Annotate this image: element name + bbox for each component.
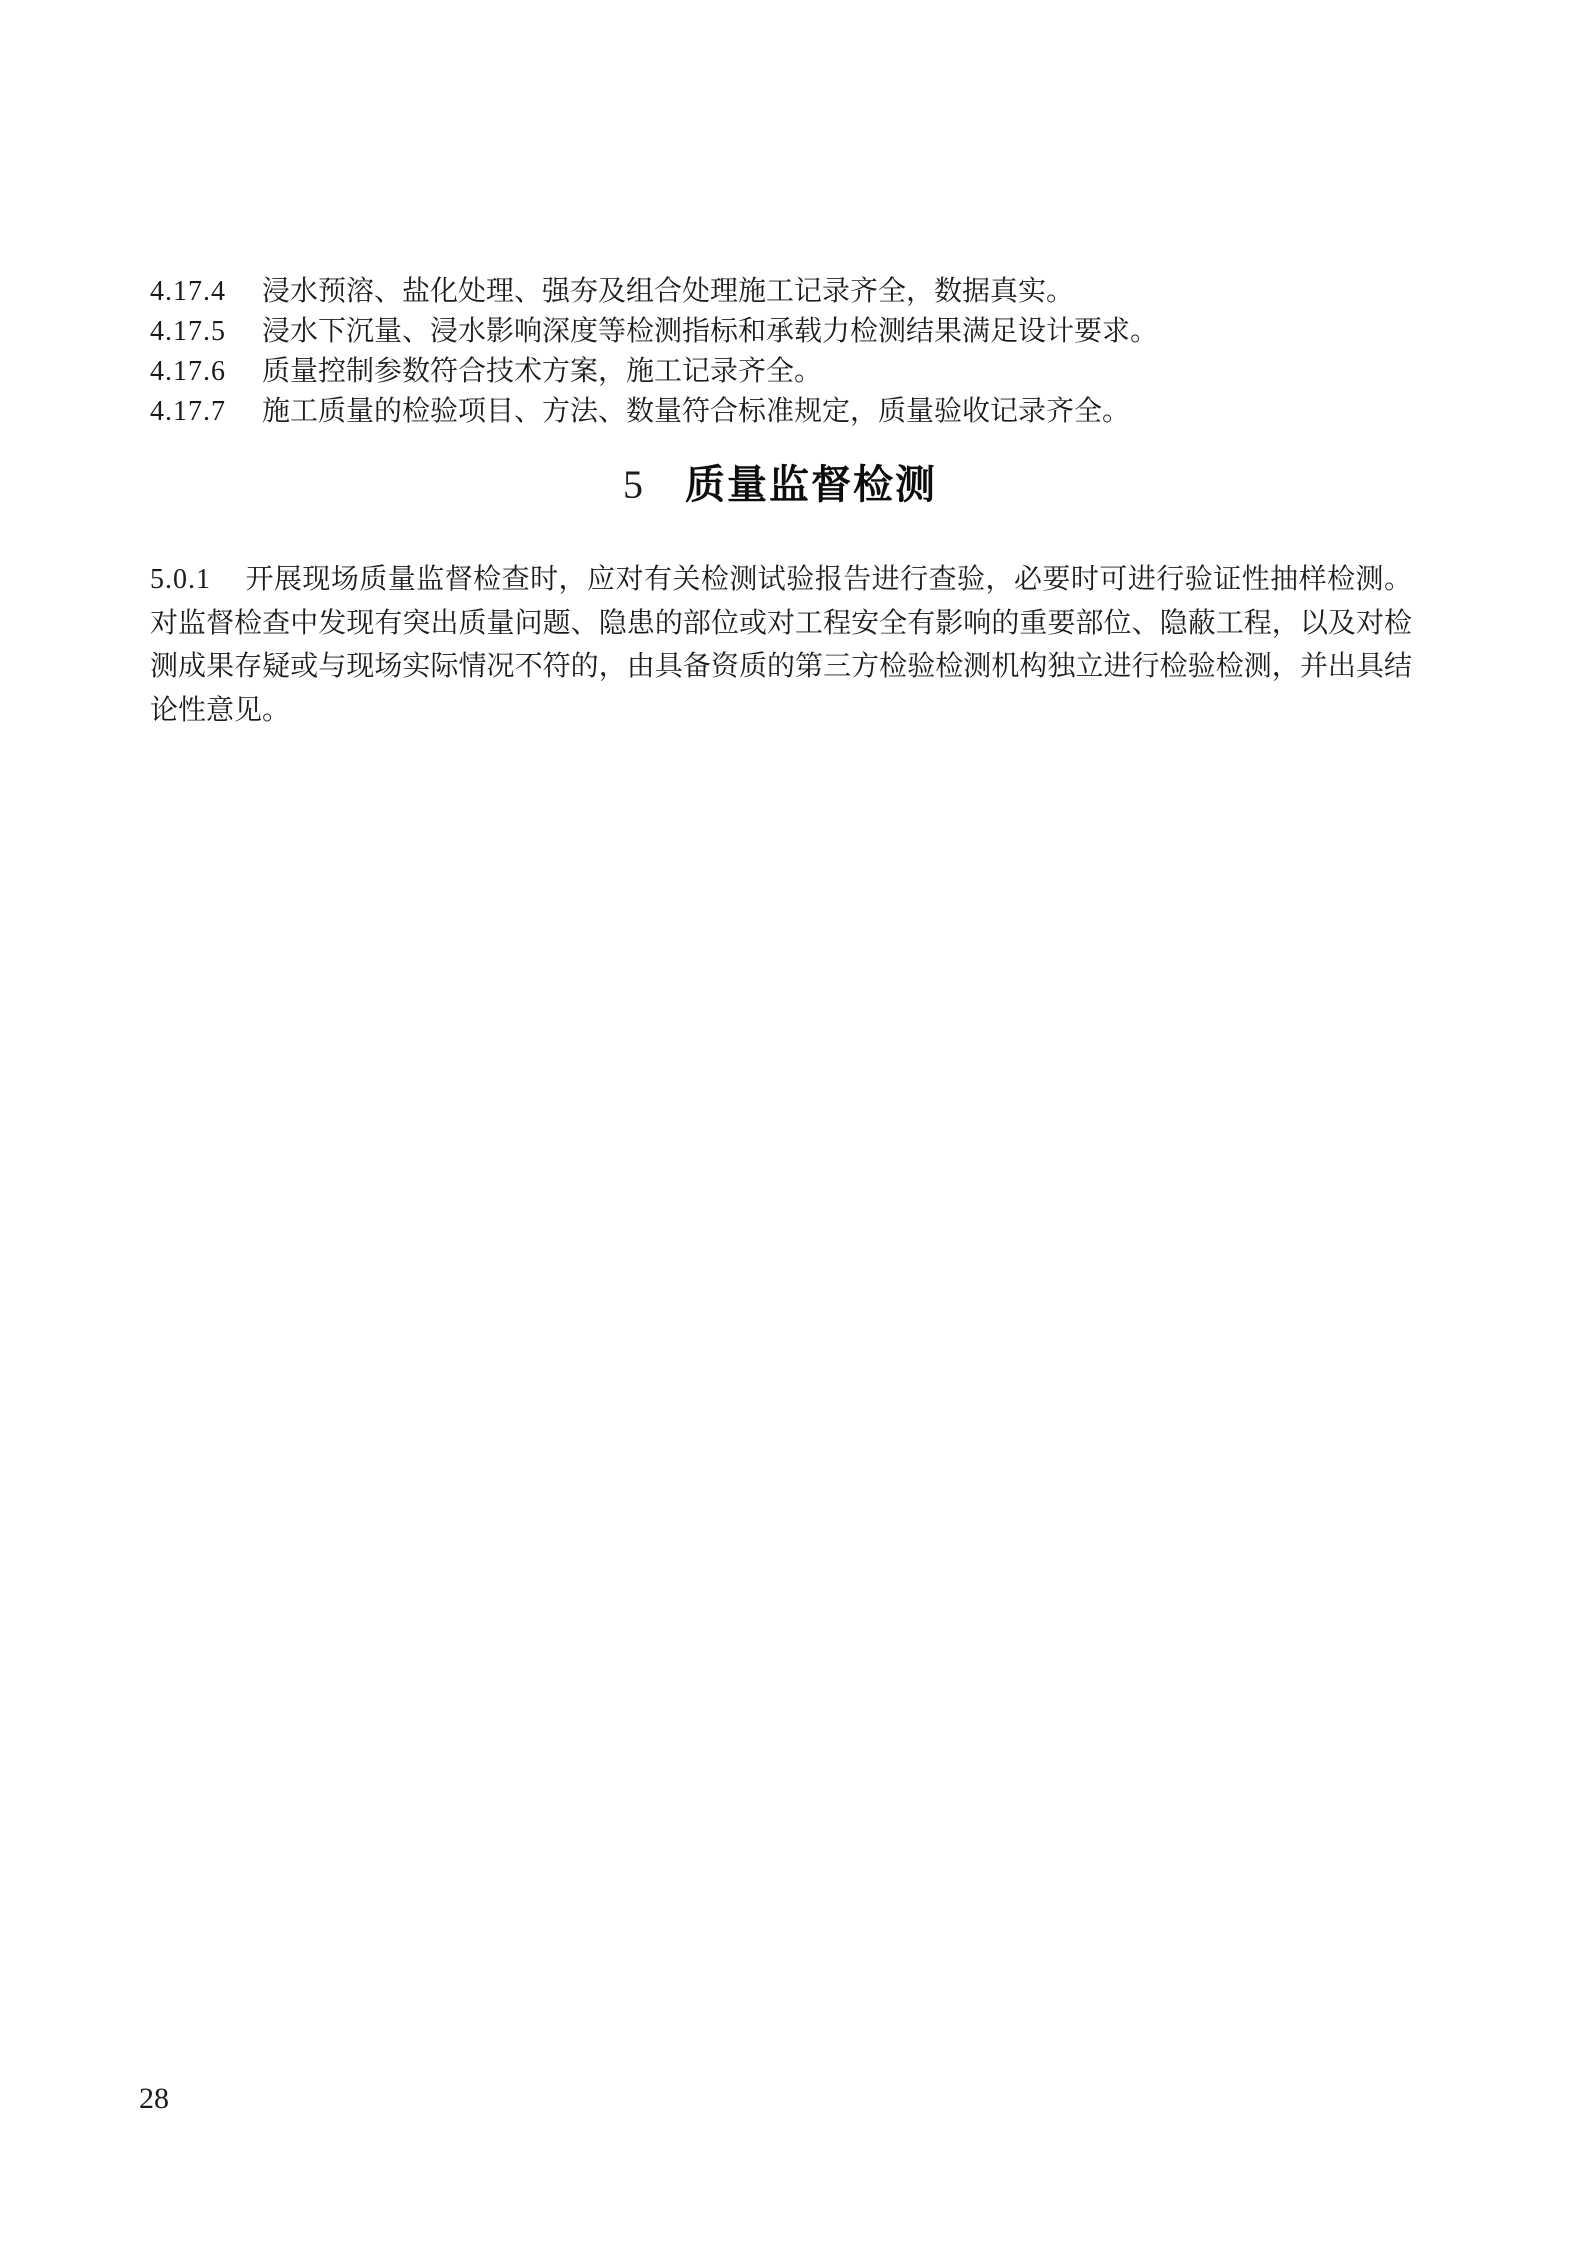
clause-list: 4.17.4浸水预溶、盐化处理、强夯及组合处理施工记录齐全，数据真实。 4.17… bbox=[150, 272, 1490, 432]
clause-item: 4.17.6质量控制参数符合技术方案，施工记录齐全。 bbox=[150, 352, 1490, 392]
page-number: 28 bbox=[139, 2082, 169, 2116]
clause-item: 4.17.4浸水预溶、盐化处理、强夯及组合处理施工记录齐全，数据真实。 bbox=[150, 272, 1490, 312]
clause-number: 4.17.6 bbox=[150, 352, 226, 392]
chapter-heading: 5质量监督检测 bbox=[0, 461, 1560, 509]
clause-number: 5.0.1 bbox=[150, 564, 211, 595]
chapter-number: 5 bbox=[623, 462, 643, 507]
document-page: 4.17.4浸水预溶、盐化处理、强夯及组合处理施工记录齐全，数据真实。 4.17… bbox=[0, 0, 1587, 2245]
clause-item: 4.17.7施工质量的检验项目、方法、数量符合标准规定，质量验收记录齐全。 bbox=[150, 392, 1490, 432]
clause-paragraph: 5.0.1开展现场质量监督检查时，应对有关检测试验报告进行查验，必要时可进行验证… bbox=[150, 558, 1412, 732]
clause-text: 浸水下沉量、浸水影响深度等检测指标和承载力检测结果满足设计要求。 bbox=[262, 316, 1158, 347]
clause-number: 4.17.4 bbox=[150, 272, 226, 312]
chapter-title: 质量监督检测 bbox=[685, 463, 937, 507]
clause-text: 施工质量的检验项目、方法、数量符合标准规定，质量验收记录齐全。 bbox=[262, 396, 1130, 427]
clause-item: 4.17.5浸水下沉量、浸水影响深度等检测指标和承载力检测结果满足设计要求。 bbox=[150, 312, 1490, 352]
clause-text: 浸水预溶、盐化处理、强夯及组合处理施工记录齐全，数据真实。 bbox=[262, 276, 1074, 307]
clause-number: 4.17.7 bbox=[150, 392, 226, 432]
clause-text: 开展现场质量监督检查时，应对有关检测试验报告进行查验，必要时可进行验证性抽样检测… bbox=[150, 564, 1412, 726]
clause-text: 质量控制参数符合技术方案，施工记录齐全。 bbox=[262, 356, 822, 387]
clause-number: 4.17.5 bbox=[150, 312, 226, 352]
